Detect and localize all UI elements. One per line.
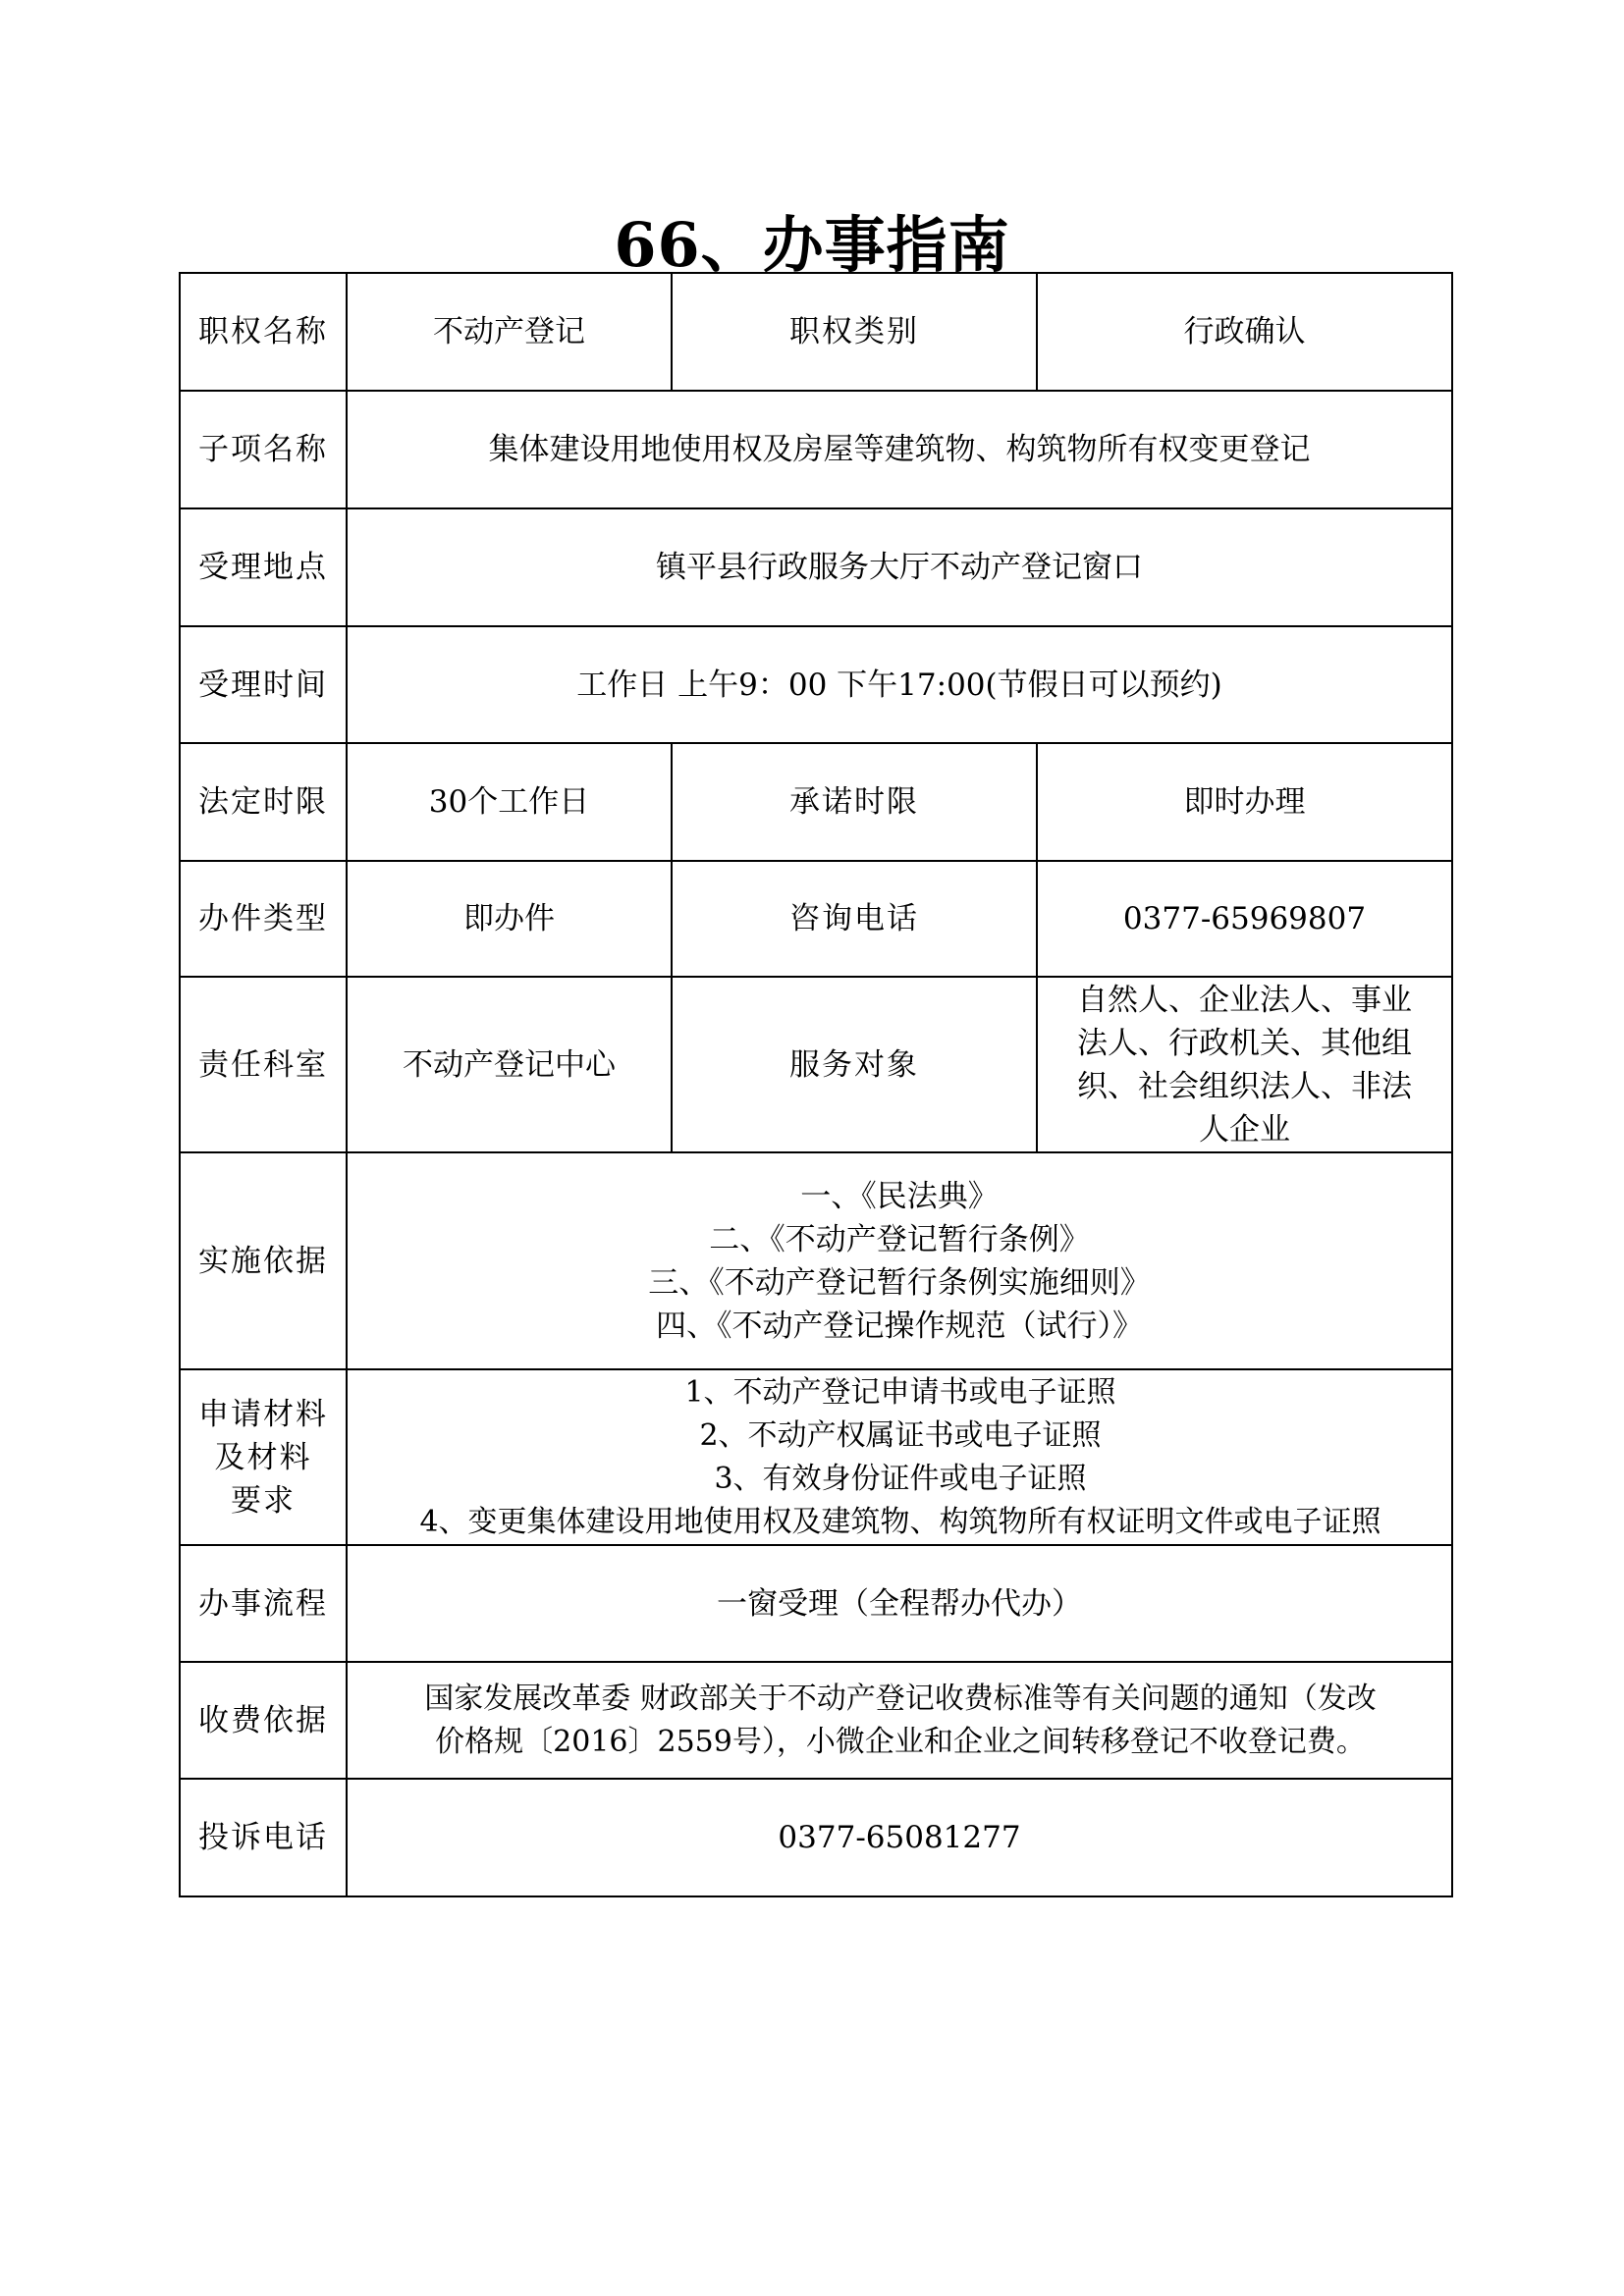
value-promised-time-limit: 即时办理 [1037, 743, 1452, 861]
label-service-target: 服务对象 [672, 977, 1037, 1152]
value-basis: 一、《民法典》 二、《不动产登记暂行条例》 三、《不动产登记暂行条例实施细则》 … [347, 1152, 1452, 1369]
label-location: 受理地点 [180, 508, 347, 626]
value-legal-time-limit: 30个工作日 [347, 743, 672, 861]
basis-item: 二、《不动产登记暂行条例》 [353, 1218, 1445, 1261]
row-authority: 职权名称 不动产登记 职权类别 行政确认 [180, 273, 1452, 391]
material-item: 1、不动产登记申请书或电子证照 [355, 1371, 1445, 1415]
value-service-target: 自然人、企业法人、事业 法人、行政机关、其他组 织、社会组织法人、非法 人企业 [1037, 977, 1452, 1152]
label-department: 责任科室 [180, 977, 347, 1152]
row-complaint: 投诉电话 0377-65081277 [180, 1779, 1452, 1896]
row-materials: 申请材料 及材料 要求 1、不动产登记申请书或电子证照 2、不动产权属证书或电子… [180, 1369, 1452, 1545]
value-subitem: 集体建设用地使用权及房屋等建筑物、构筑物所有权变更登记 [347, 391, 1452, 508]
service-target-line: 自然人、企业法人、事业 [1044, 979, 1445, 1022]
service-target-line: 织、社会组织法人、非法 [1044, 1065, 1445, 1108]
label-consult-phone: 咨询电话 [672, 861, 1037, 977]
label-basis: 实施依据 [180, 1152, 347, 1369]
material-item: 2、不动产权属证书或电子证照 [355, 1415, 1445, 1458]
row-fee: 收费依据 国家发展改革委 财政部关于不动产登记收费标准等有关问题的通知（发改 价… [180, 1662, 1452, 1779]
material-item: 4、变更集体建设用地使用权及建筑物、构筑物所有权证明文件或电子证照 [355, 1501, 1445, 1544]
value-consult-phone: 0377-65969807 [1037, 861, 1452, 977]
basis-item: 三、《不动产登记暂行条例实施细则》 [353, 1261, 1445, 1305]
row-hours: 受理时间 工作日 上午9：00 下午17:00(节假日可以预约) [180, 626, 1452, 743]
row-basis: 实施依据 一、《民法典》 二、《不动产登记暂行条例》 三、《不动产登记暂行条例实… [180, 1152, 1452, 1369]
fee-line: 国家发展改革委 财政部关于不动产登记收费标准等有关问题的通知（发改 [355, 1678, 1445, 1721]
row-time-limit: 法定时限 30个工作日 承诺时限 即时办理 [180, 743, 1452, 861]
value-authority-category: 行政确认 [1037, 273, 1452, 391]
label-materials: 申请材料 及材料 要求 [180, 1369, 347, 1545]
value-location: 镇平县行政服务大厅不动产登记窗口 [347, 508, 1452, 626]
fee-line: 价格规〔2016〕2559号），小微企业和企业之间转移登记不收登记费。 [355, 1721, 1445, 1764]
materials-label-line: 要求 [187, 1479, 340, 1522]
value-complaint-phone: 0377-65081277 [347, 1779, 1452, 1896]
value-materials: 1、不动产登记申请书或电子证照 2、不动产权属证书或电子证照 3、有效身份证件或… [347, 1369, 1452, 1545]
row-process: 办事流程 一窗受理（全程帮办代办） [180, 1545, 1452, 1662]
row-location: 受理地点 镇平县行政服务大厅不动产登记窗口 [180, 508, 1452, 626]
row-department: 责任科室 不动产登记中心 服务对象 自然人、企业法人、事业 法人、行政机关、其他… [180, 977, 1452, 1152]
service-guide-table: 职权名称 不动产登记 职权类别 行政确认 子项名称 集体建设用地使用权及房屋等建… [179, 272, 1453, 1897]
basis-item: 四、《不动产登记操作规范（试行）》 [353, 1305, 1445, 1348]
row-case-type: 办件类型 即办件 咨询电话 0377-65969807 [180, 861, 1452, 977]
value-process: 一窗受理（全程帮办代办） [347, 1545, 1452, 1662]
service-target-line: 人企业 [1044, 1108, 1445, 1151]
label-subitem: 子项名称 [180, 391, 347, 508]
label-process: 办事流程 [180, 1545, 347, 1662]
row-subitem: 子项名称 集体建设用地使用权及房屋等建筑物、构筑物所有权变更登记 [180, 391, 1452, 508]
label-hours: 受理时间 [180, 626, 347, 743]
materials-label-line: 及材料 [187, 1436, 340, 1479]
label-fee: 收费依据 [180, 1662, 347, 1779]
value-department: 不动产登记中心 [347, 977, 672, 1152]
label-authority-name: 职权名称 [180, 273, 347, 391]
material-item: 3、有效身份证件或电子证照 [355, 1458, 1445, 1501]
label-case-type: 办件类型 [180, 861, 347, 977]
label-promised-time-limit: 承诺时限 [672, 743, 1037, 861]
service-target-line: 法人、行政机关、其他组 [1044, 1022, 1445, 1065]
value-authority-name: 不动产登记 [347, 273, 672, 391]
materials-label-line: 申请材料 [187, 1393, 340, 1436]
label-legal-time-limit: 法定时限 [180, 743, 347, 861]
value-fee: 国家发展改革委 财政部关于不动产登记收费标准等有关问题的通知（发改 价格规〔20… [347, 1662, 1452, 1779]
label-authority-category: 职权类别 [672, 273, 1037, 391]
basis-item: 一、《民法典》 [353, 1175, 1445, 1218]
page-title: 66、办事指南 [0, 196, 1624, 284]
value-hours: 工作日 上午9：00 下午17:00(节假日可以预约) [347, 626, 1452, 743]
value-case-type: 即办件 [347, 861, 672, 977]
label-complaint: 投诉电话 [180, 1779, 347, 1896]
